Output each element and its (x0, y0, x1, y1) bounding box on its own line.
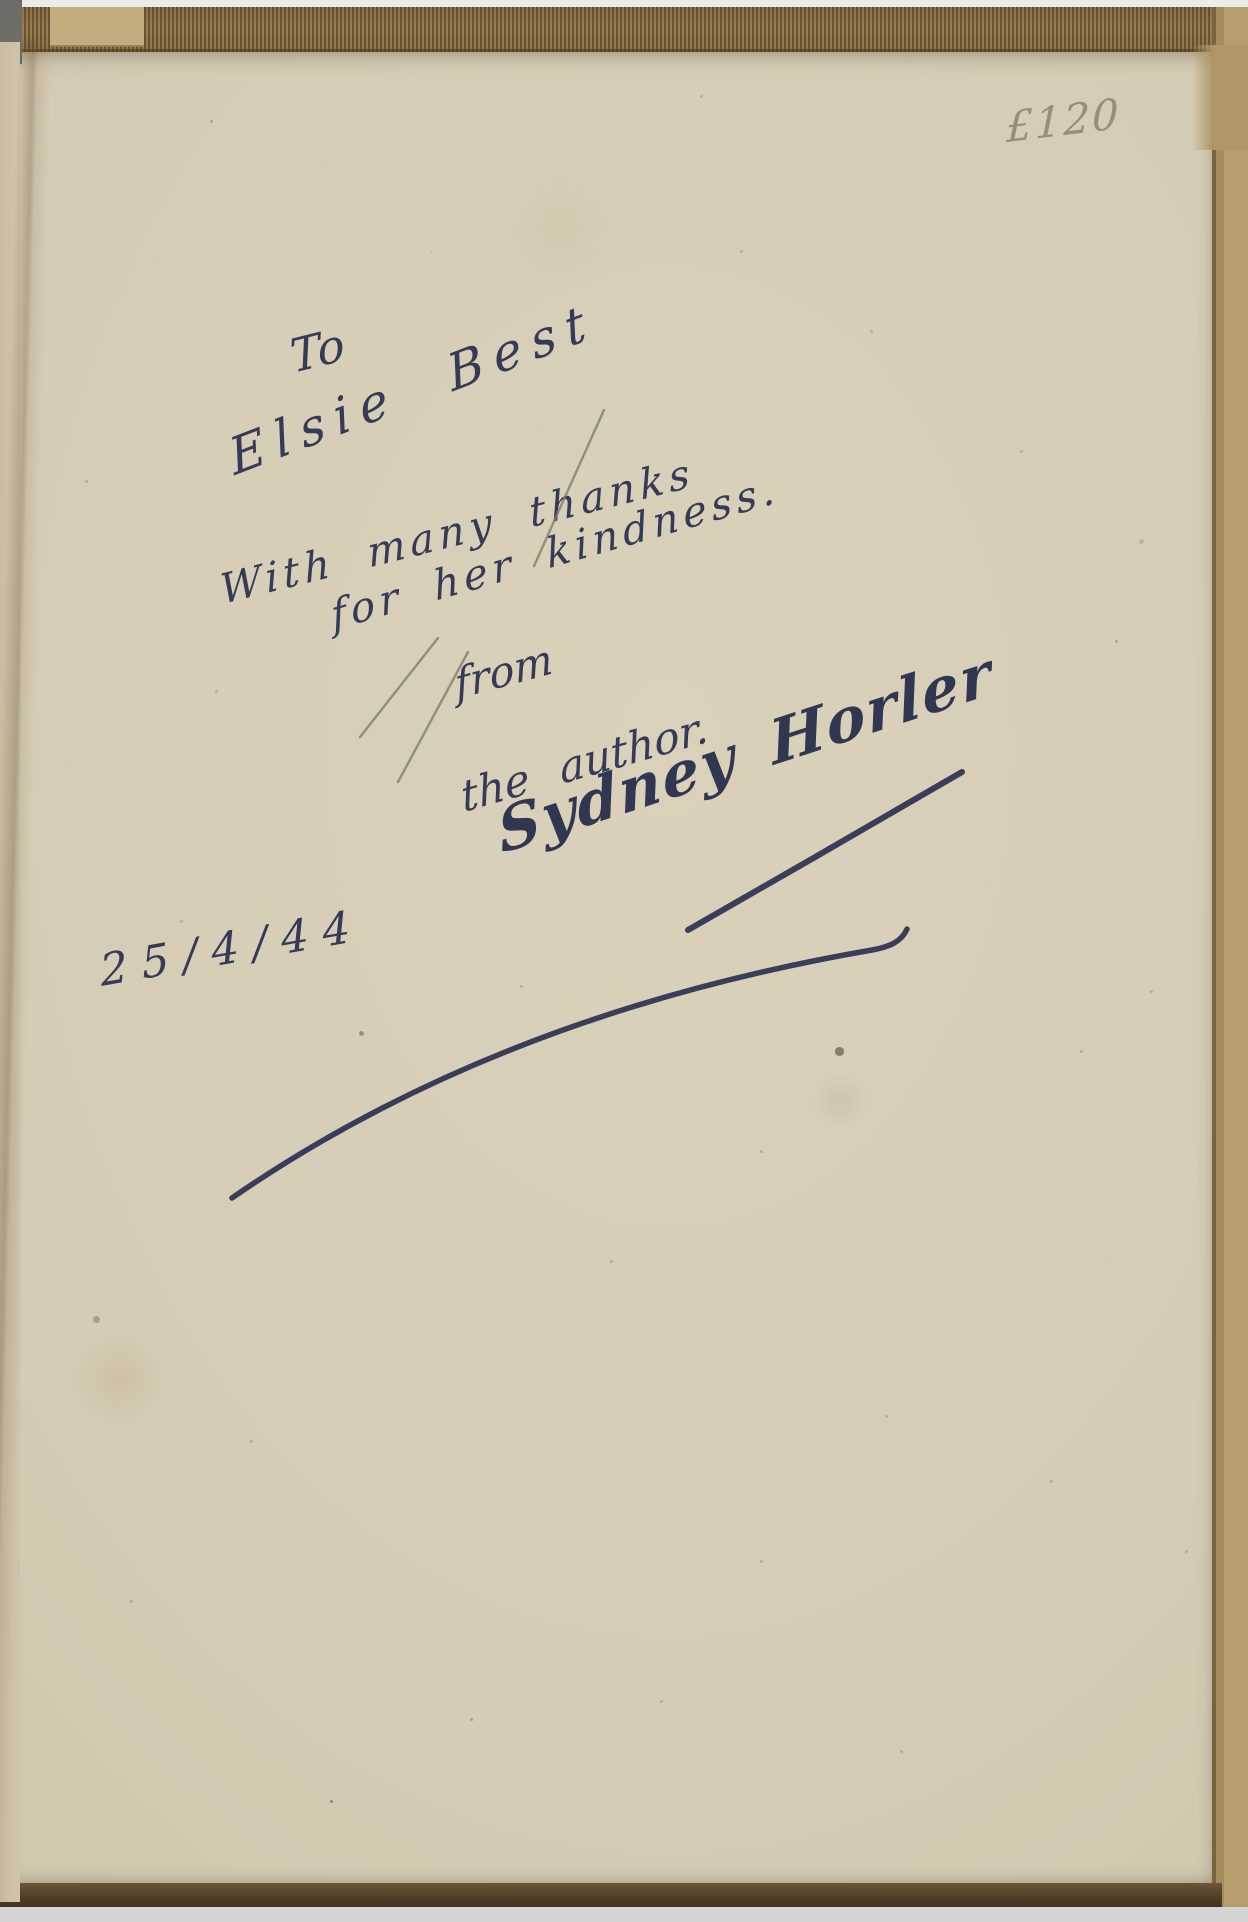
book-inscription-photo: { "photo": { "subject": "Handwritten aut… (0, 0, 1248, 1922)
book-fore-edge (1212, 7, 1248, 1907)
binding-repair-patch (50, 7, 144, 47)
cover-corner-wedge (1192, 45, 1248, 150)
foxing-specks (0, 0, 3, 3)
page-top-binding-tape (0, 7, 1248, 52)
page-block-bottom-edge (0, 1883, 1222, 1907)
